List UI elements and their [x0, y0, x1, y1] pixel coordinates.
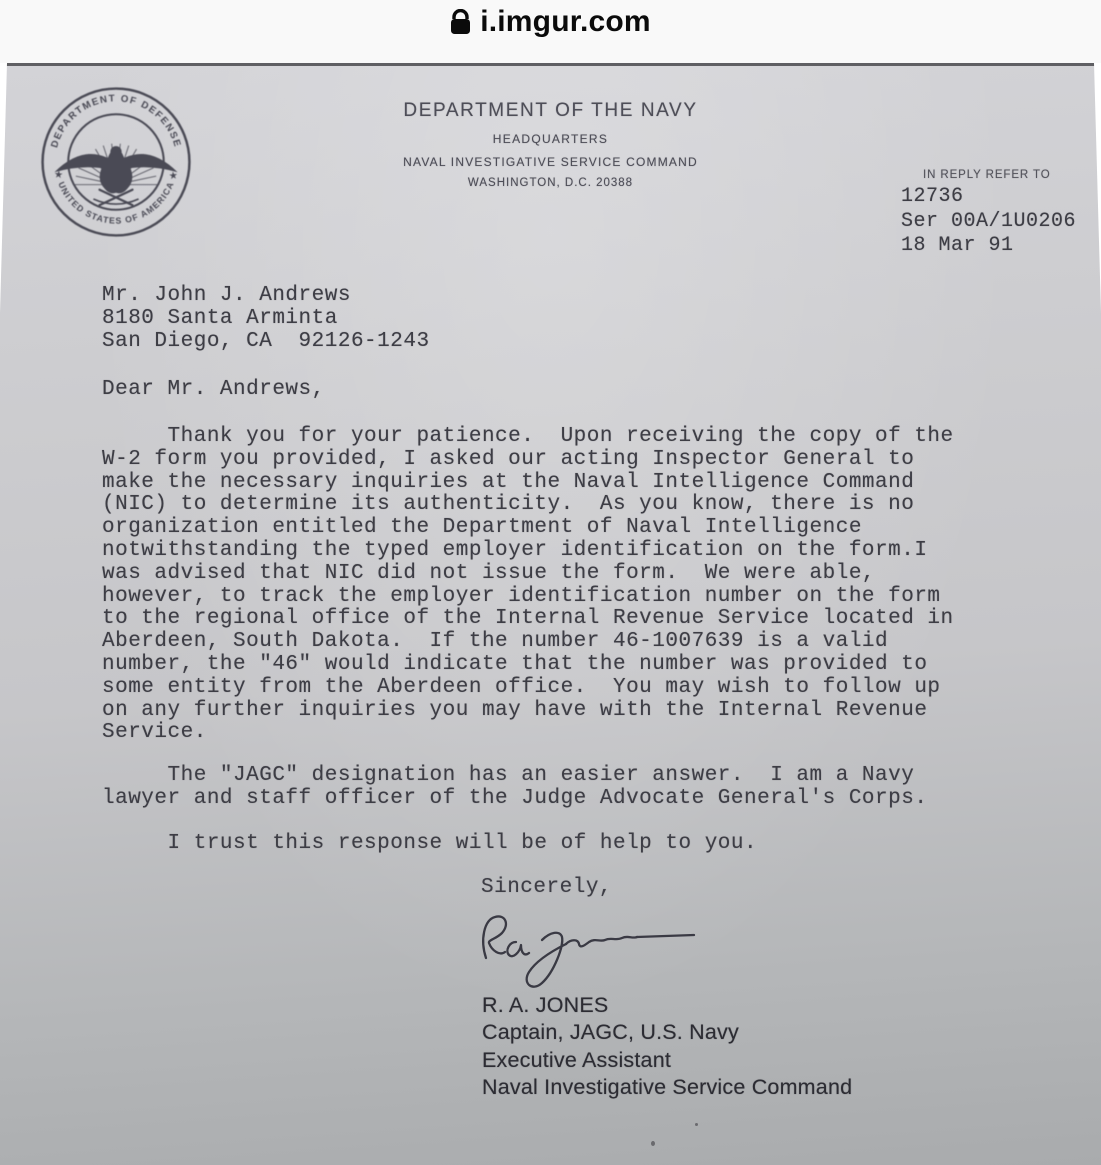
text-line: Executive Assistant	[482, 1047, 852, 1074]
closing: Sincerely,	[481, 877, 612, 900]
letterhead-command: NAVAL INVESTIGATIVE SERVICE COMMAND	[0, 155, 1101, 169]
text-line: make the necessary inquiries at the Nava…	[102, 472, 954, 495]
text-line: I trust this response will be of help to…	[102, 833, 757, 856]
text-line: Captain, JAGC, U.S. Navy	[482, 1019, 852, 1046]
text-line: was advised that NIC did not issue the f…	[102, 563, 954, 586]
text-line: however, to track the employer identific…	[102, 586, 954, 609]
handwritten-signature	[472, 906, 702, 991]
photo-speck	[651, 1141, 655, 1146]
url-pill[interactable]: i.imgur.com	[450, 5, 651, 39]
lock-icon	[450, 9, 471, 36]
letterhead-headquarters: HEADQUARTERS	[0, 132, 1101, 146]
text-line: 8180 Santa Arminta	[102, 308, 430, 331]
text-line: Thank you for your patience. Upon receiv…	[102, 426, 954, 449]
letterhead-department: DEPARTMENT OF THE NAVY	[0, 100, 1101, 122]
text-line: Naval Investigative Service Command	[482, 1074, 852, 1101]
browser-url-bar[interactable]: i.imgur.com	[0, 0, 1101, 63]
body-paragraph-3: I trust this response will be of help to…	[102, 833, 757, 856]
body-paragraph-1: Thank you for your patience. Upon receiv…	[102, 426, 954, 745]
letter-photo: DEPARTMENT OF DEFENSE ★ UNITED STATES OF…	[0, 63, 1101, 1165]
text-line: The "JAGC" designation has an easier ans…	[102, 765, 927, 788]
reference-block: IN REPLY REFER TO 12736Ser 00A/1U020618 …	[901, 169, 1076, 259]
salutation: Dear Mr. Andrews,	[102, 379, 325, 402]
photo-speck	[695, 1123, 698, 1126]
text-line: Aberdeen, South Dakota. If the number 46…	[102, 631, 954, 654]
text-line: number, the "46" would indicate that the…	[102, 654, 954, 677]
text-line: R. A. JONES	[482, 992, 852, 1019]
signature-block: R. A. JONESCaptain, JAGC, U.S. NavyExecu…	[482, 992, 852, 1102]
text-line: (NIC) to determine its authenticity. As …	[102, 494, 954, 517]
text-line: 18 Mar 91	[901, 234, 1076, 259]
text-line: San Diego, CA 92126-1243	[102, 331, 430, 354]
reference-lines: 12736Ser 00A/1U020618 Mar 91	[901, 185, 1076, 259]
url-text: i.imgur.com	[480, 5, 651, 39]
reply-refer-label: IN REPLY REFER TO	[901, 169, 1076, 181]
text-line: W-2 form you provided, I asked our actin…	[102, 449, 954, 472]
text-line: Mr. John J. Andrews	[102, 285, 430, 308]
recipient-address: Mr. John J. Andrews8180 Santa ArmintaSan…	[102, 285, 430, 353]
text-line: lawyer and staff officer of the Judge Ad…	[102, 788, 927, 811]
text-line: Service.	[102, 722, 954, 745]
text-line: some entity from the Aberdeen office. Yo…	[102, 677, 954, 700]
text-line: notwithstanding the typed employer ident…	[102, 540, 954, 563]
text-line: organization entitled the Department of …	[102, 517, 954, 540]
text-line: on any further inquiries you may have wi…	[102, 700, 954, 723]
text-line: to the regional office of the Internal R…	[102, 608, 954, 631]
text-line: Ser 00A/1U0206	[901, 210, 1076, 235]
body-paragraph-2: The "JAGC" designation has an easier ans…	[102, 765, 927, 811]
text-line: 12736	[901, 185, 1076, 210]
